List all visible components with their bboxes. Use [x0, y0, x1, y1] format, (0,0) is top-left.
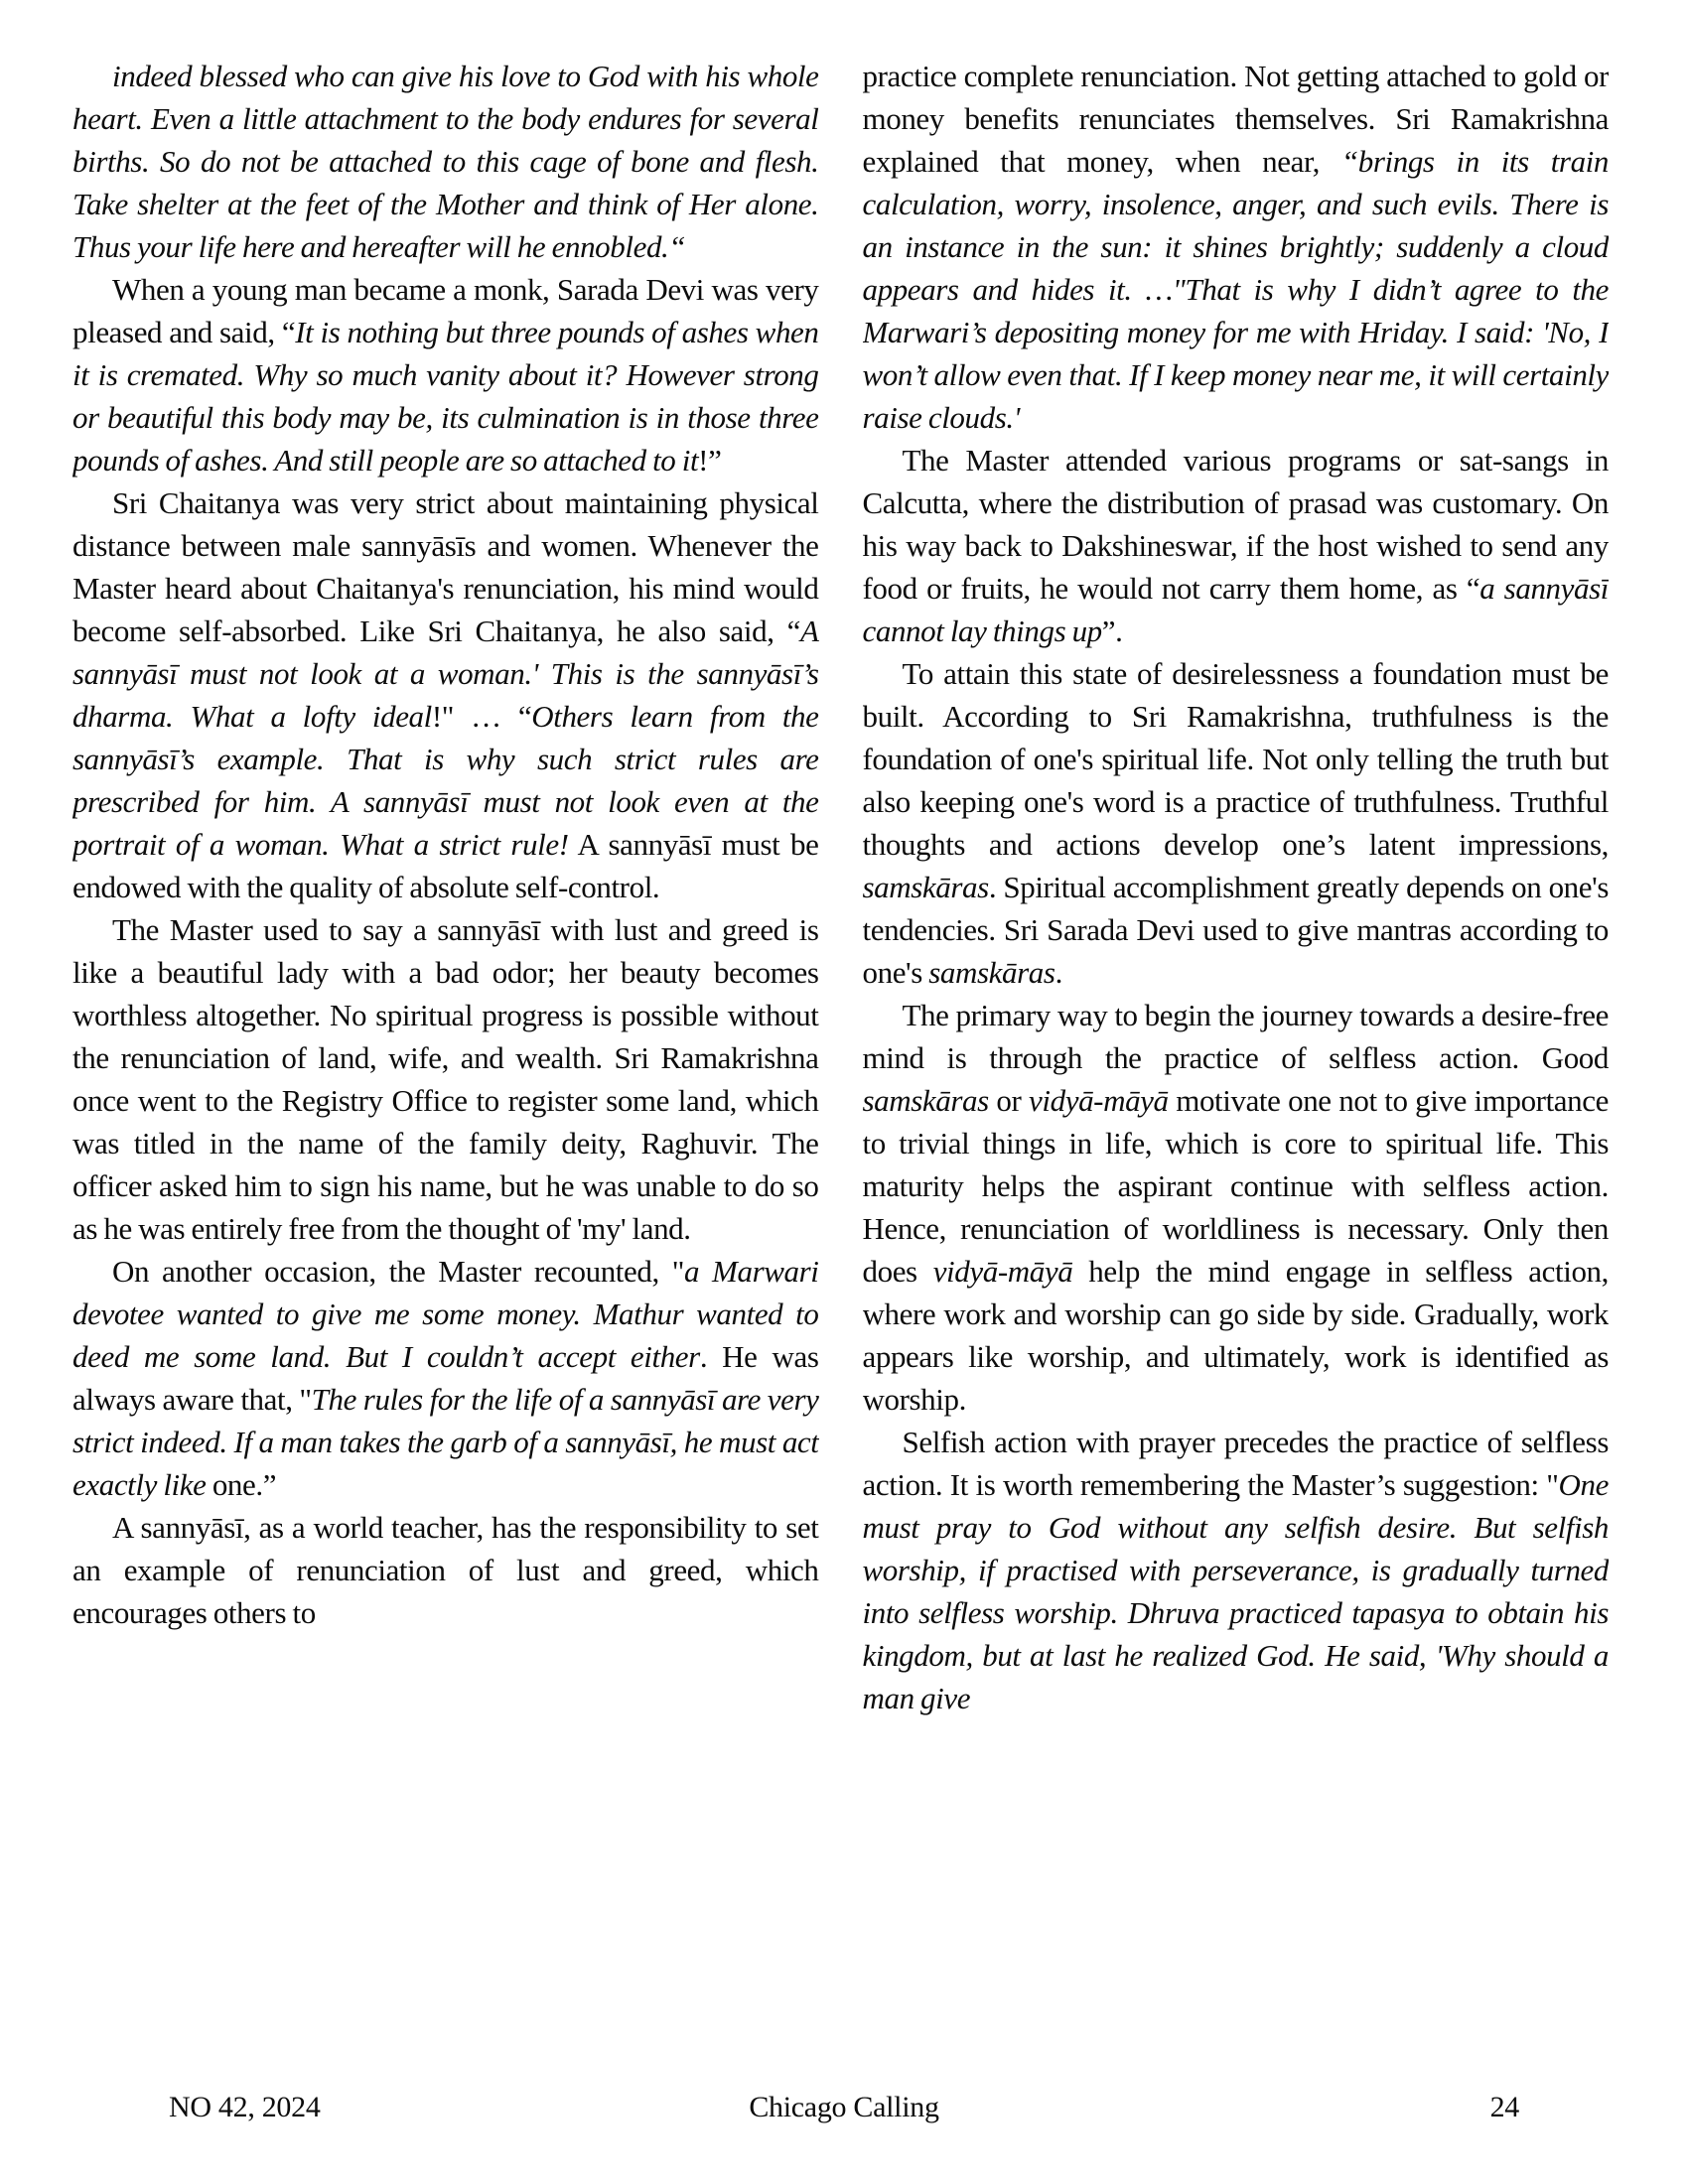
quoted-italic-text: vidyā-māyā — [1029, 1083, 1169, 1118]
paragraph: To attain this state of desirelessness a… — [863, 652, 1610, 994]
body-text: . — [1055, 955, 1062, 990]
quoted-italic-text: indeed blessed who can give his love to … — [72, 59, 819, 264]
body-text: Selfish action with prayer precedes the … — [863, 1425, 1610, 1502]
page-body: indeed blessed who can give his love to … — [72, 55, 1609, 2082]
body-text: ”. — [1102, 614, 1123, 648]
footer-issue-number: NO 42, 2024 — [169, 2091, 321, 2124]
quoted-italic-text: One must pray to God without any selfish… — [863, 1467, 1610, 1715]
paragraph: practice complete renunciation. Not gett… — [863, 55, 1610, 439]
body-text: The Master used to say a sannyāsī with l… — [72, 912, 819, 1246]
body-text: The primary way to begin the journey tow… — [863, 998, 1610, 1075]
text-column-left: indeed blessed who can give his love to … — [72, 55, 819, 2082]
quoted-italic-text: samskāras — [863, 870, 989, 904]
page-footer: NO 42, 2024 Chicago Calling 24 — [169, 2091, 1519, 2124]
body-text: To attain this state of desirelessness a… — [863, 656, 1610, 862]
body-text: A sannyāsī, as a world teacher, has the … — [72, 1510, 819, 1630]
body-text: !" … “ — [432, 699, 531, 734]
body-text: one.” — [212, 1467, 276, 1502]
body-text: or — [989, 1083, 1029, 1118]
paragraph: On another occasion, the Master recounte… — [72, 1250, 819, 1506]
body-text: On another occasion, the Master recounte… — [112, 1254, 684, 1289]
body-text: !” — [698, 443, 721, 478]
text-column-right: practice complete renunciation. Not gett… — [863, 55, 1610, 2082]
paragraph: The Master attended various programs or … — [863, 439, 1610, 652]
body-text: Sri Chaitanya was very strict about main… — [72, 485, 819, 648]
paragraph: The primary way to begin the journey tow… — [863, 994, 1610, 1421]
paragraph: indeed blessed who can give his love to … — [72, 55, 819, 268]
paragraph: The Master used to say a sannyāsī with l… — [72, 908, 819, 1250]
quoted-italic-text: vidyā-māyā — [933, 1254, 1073, 1289]
quoted-italic-text: “brings in its train calculation, worry,… — [863, 144, 1610, 435]
footer-page-number: 24 — [1490, 2091, 1519, 2124]
paragraph: When a young man became a monk, Sarada D… — [72, 268, 819, 481]
quoted-italic-text: samskāras — [863, 1083, 989, 1118]
magazine-page: indeed blessed who can give his love to … — [0, 0, 1688, 2184]
footer-magazine-title: Chicago Calling — [749, 2091, 938, 2124]
paragraph: Sri Chaitanya was very strict about main… — [72, 481, 819, 908]
quoted-italic-text: samskāras — [928, 955, 1055, 990]
paragraph: A sannyāsī, as a world teacher, has the … — [72, 1506, 819, 1634]
paragraph: Selfish action with prayer precedes the … — [863, 1421, 1610, 1719]
